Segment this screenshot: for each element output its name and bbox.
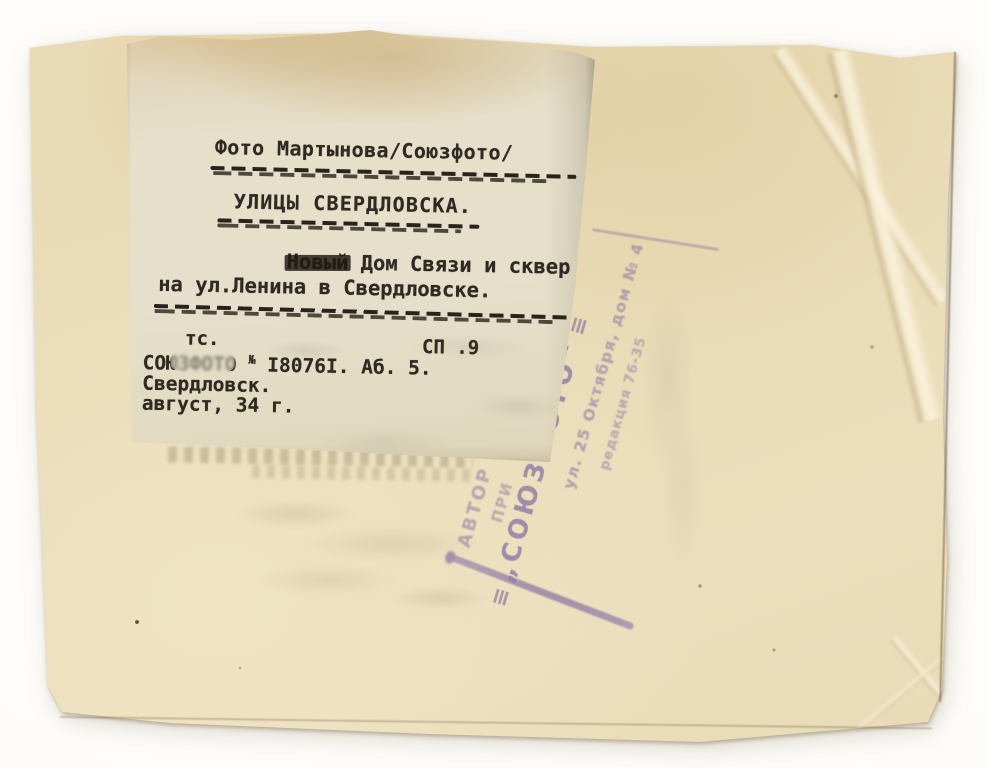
triple-bar-icon: ≡ xyxy=(487,585,516,610)
typed-dash-rule xyxy=(217,218,479,234)
code-left: тс. xyxy=(185,327,220,350)
caption-line-1-text: Дом Связи и сквер xyxy=(348,251,571,279)
credit-line: Фото Мартынова/Союзфото/ xyxy=(215,135,514,165)
typed-dash-rule xyxy=(154,304,590,326)
typed-dash-rule xyxy=(210,166,576,185)
caption-line-2: на ул.Ленина в Свердловске. xyxy=(158,272,492,302)
struck-out-word: Новый xyxy=(286,249,348,274)
typed-caption-label: Фото Мартынова/Союзфото/ УЛИЦЫ СВЕРДЛОВС… xyxy=(123,28,597,464)
label-faint-marks xyxy=(237,330,569,466)
ink-smudge xyxy=(170,348,234,375)
stamp-border-fragment xyxy=(592,228,719,251)
caption-indent xyxy=(159,266,287,268)
series-title-line: УЛИЦЫ СВЕРДЛОВСКА. xyxy=(234,189,473,218)
typed-caption-content: Фото Мартынова/Союзфото/ УЛИЦЫ СВЕРДЛОВС… xyxy=(117,27,599,472)
